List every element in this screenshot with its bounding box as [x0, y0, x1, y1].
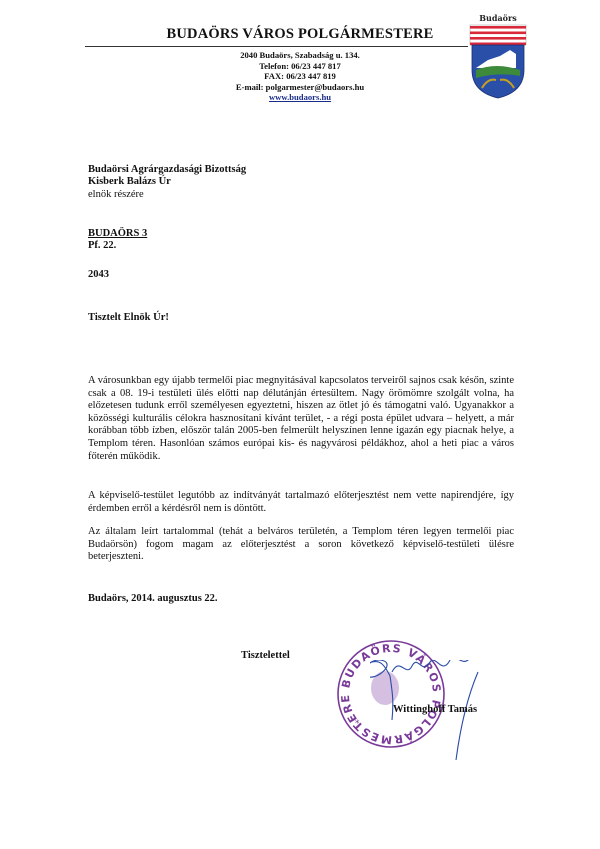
letter-date: Budaörs, 2014. augusztus 22. [88, 593, 218, 604]
mailing-address: BUDAÖRS 3 Pf. 22. [88, 228, 147, 253]
letterhead-contact: 2040 Budaörs, Szabadság u. 134. Telefon:… [150, 50, 450, 103]
coat-of-arms-icon: Budaörs [466, 12, 530, 100]
letterhead-address: 2040 Budaörs, Szabadság u. 134. [150, 50, 450, 61]
recipient-role: elnök részére [88, 189, 246, 201]
body-paragraph: A városunkban egy újabb termelői piac me… [88, 375, 514, 463]
recipient-organization: Budaörsi Agrárgazdasági Bizottság [88, 164, 246, 176]
salutation: Tisztelt Elnök Úr! [88, 312, 169, 323]
letterhead-phone: Telefon: 06/23 447 817 [150, 61, 450, 72]
closing: Tisztelettel [241, 650, 290, 661]
recipient-block: Budaörsi Agrárgazdasági Bizottság Kisber… [88, 164, 246, 201]
svg-text:*: * [355, 719, 360, 729]
letterhead-title: BUDAÖRS VÁROS POLGÁRMESTERE [140, 26, 460, 43]
crest-label: Budaörs [479, 13, 517, 23]
address-zip: 2043 [88, 269, 109, 280]
signer-name: Wittinghoff Tamás [393, 704, 477, 715]
letterhead-email: E-mail: polgarmester@budaors.hu [150, 82, 450, 93]
body-paragraph: A képviselő-testület legutóbb az indítvá… [88, 490, 514, 515]
letterhead-fax: FAX: 06/23 447 819 [150, 71, 450, 82]
letterhead-divider [85, 46, 468, 47]
letterhead-website-link[interactable]: www.budaors.hu [269, 92, 331, 102]
body-paragraph: Az általam leírt tartalommal (tehát a be… [88, 526, 514, 564]
address-po-box: Pf. 22. [88, 240, 147, 252]
address-city: BUDAÖRS 3 [88, 228, 147, 240]
recipient-name: Kisberk Balázs Úr [88, 176, 246, 188]
